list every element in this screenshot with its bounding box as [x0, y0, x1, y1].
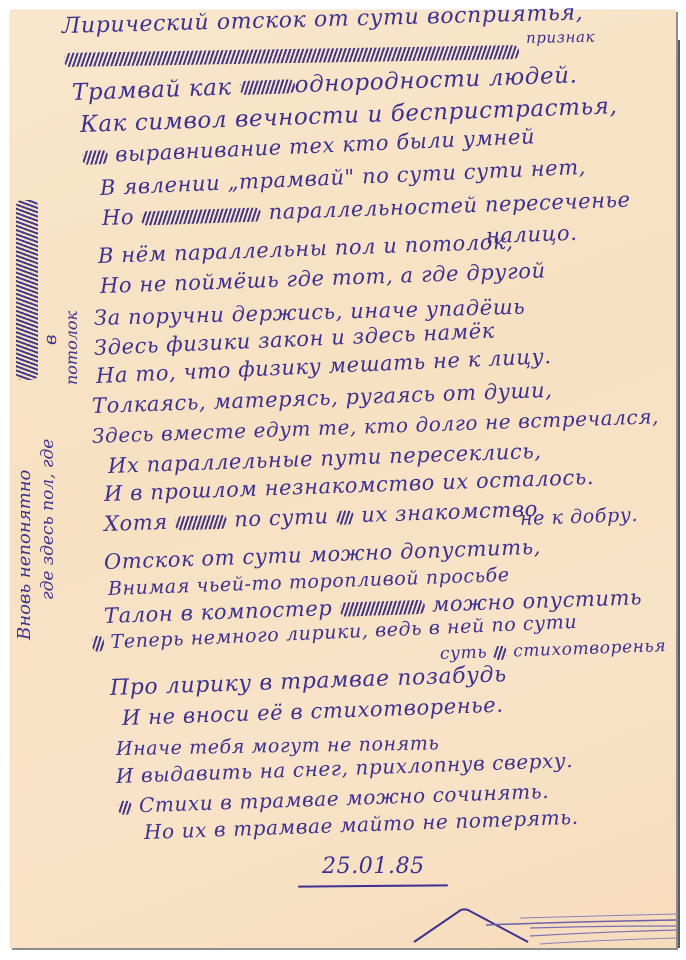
pen-sketch	[0, 0, 686, 960]
